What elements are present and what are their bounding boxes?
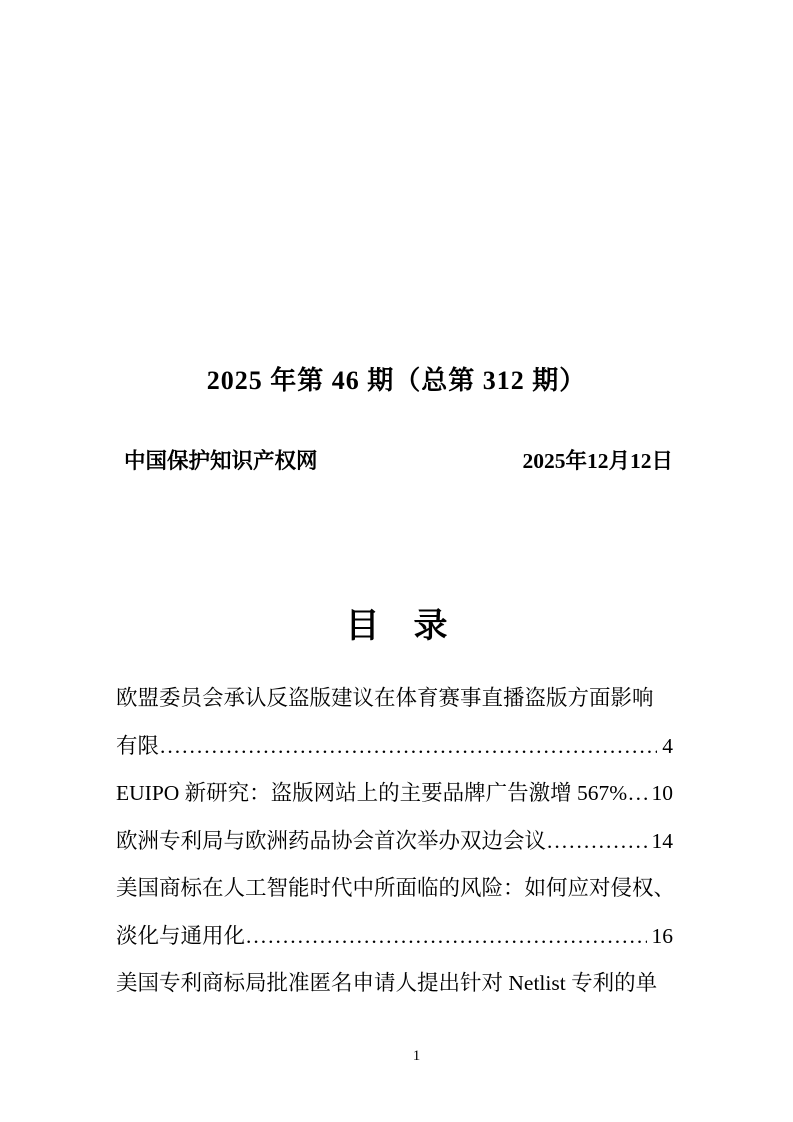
toc-entry-text: 淡化与通用化	[116, 913, 245, 961]
issue-date: 2025年12月12日	[522, 444, 673, 475]
toc-page-number: 4	[657, 723, 673, 771]
toc-entry-text: 美国商标在人工智能时代中所面临的风险：如何应对侵权、	[116, 865, 675, 913]
toc-line[interactable]: 欧盟委员会承认反盗版建议在体育赛事直播盗版方面影响	[116, 675, 673, 723]
toc-entry-text: 有限	[116, 723, 159, 771]
toc-entry-text: EUIPO 新研究：盗版网站上的主要品牌广告激增 567%	[116, 770, 627, 818]
dot-leader: ........................................…	[627, 770, 646, 818]
info-row: 中国保护知识产权网 2025年12月12日	[124, 444, 673, 475]
toc-entry-text: 欧盟委员会承认反盗版建议在体育赛事直播盗版方面影响	[116, 675, 654, 723]
dot-leader: ........................................…	[245, 913, 646, 961]
toc-page-number: 10	[647, 770, 674, 818]
document-page: 2025 年第 46 期（总第 312 期） 中国保护知识产权网 2025年12…	[0, 0, 793, 1122]
dot-leader: ........................................…	[159, 723, 657, 771]
toc-page-number: 14	[647, 818, 674, 866]
dot-leader: ........................................…	[546, 818, 646, 866]
toc-line[interactable]: EUIPO 新研究：盗版网站上的主要品牌广告激增 567% ..........…	[116, 770, 673, 818]
toc-page-number: 16	[647, 913, 674, 961]
toc-line[interactable]: 美国专利商标局批准匿名申请人提出针对 Netlist 专利的单	[116, 960, 673, 1008]
toc-entry-text: 欧洲专利局与欧洲药品协会首次举办双边会议	[116, 818, 546, 866]
site-name: 中国保护知识产权网	[124, 444, 318, 475]
issue-title: 2025 年第 46 期（总第 312 期）	[0, 360, 793, 397]
table-of-contents: 欧盟委员会承认反盗版建议在体育赛事直播盗版方面影响 有限 ...........…	[116, 675, 673, 1008]
toc-entry-text: 美国专利商标局批准匿名申请人提出针对 Netlist 专利的单	[116, 960, 657, 1008]
toc-line[interactable]: 淡化与通用化 .................................…	[116, 913, 673, 961]
footer-page-number: 1	[0, 1048, 793, 1065]
toc-line[interactable]: 美国商标在人工智能时代中所面临的风险：如何应对侵权、	[116, 865, 673, 913]
toc-line[interactable]: 欧洲专利局与欧洲药品协会首次举办双边会议 ...................…	[116, 818, 673, 866]
toc-line[interactable]: 有限 .....................................…	[116, 723, 673, 771]
toc-heading: 目 录	[0, 598, 793, 647]
